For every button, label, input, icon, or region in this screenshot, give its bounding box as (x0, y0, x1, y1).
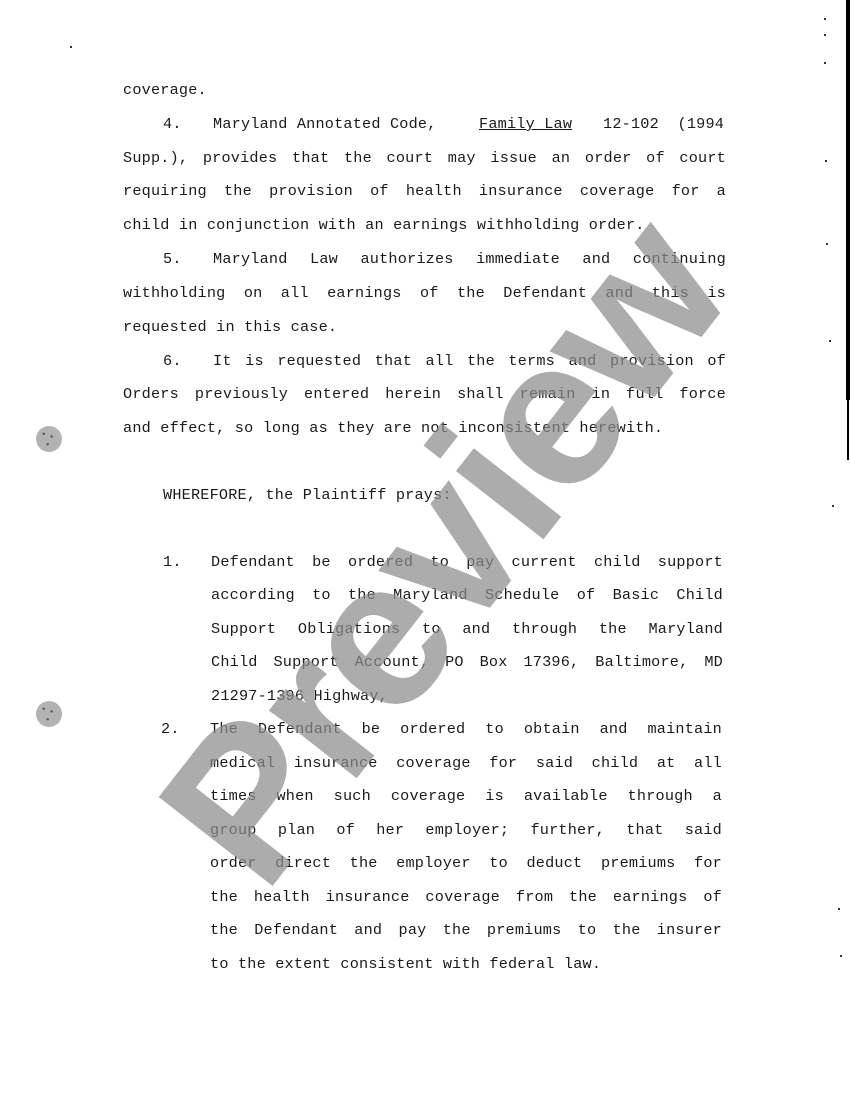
text-line: times when such coverage is available th… (210, 786, 722, 806)
text-line: withholding on all earnings of the Defen… (123, 283, 726, 303)
text-line: It is requested that all the terms and p… (213, 351, 726, 371)
text-line: Support Obligations to and through the M… (211, 619, 723, 639)
punch-hole-mark (36, 426, 62, 452)
text-line: Maryland Annotated Code, (213, 114, 437, 134)
text-line: requiring the provision of health insura… (123, 181, 726, 201)
text-line: and effect, so long as they are not inco… (123, 418, 663, 438)
document-page: coverage. 4. Maryland Annotated Code, Fa… (0, 0, 850, 1104)
text-line: coverage. (123, 80, 207, 100)
family-law-reference: Family Law (479, 114, 572, 134)
scan-edge-bar (846, 0, 850, 400)
paragraph-number: 5. (163, 249, 182, 269)
text-line: the health insurance coverage from the e… (210, 887, 722, 907)
scan-speck (832, 505, 834, 507)
prayer-number: 1. (163, 552, 182, 572)
text-line: child in conjunction with an earnings wi… (123, 215, 645, 235)
paragraph-number: 4. (163, 114, 182, 134)
paragraph-number: 6. (163, 351, 182, 371)
text-line: Orders previously entered herein shall r… (123, 384, 726, 404)
text-line: requested in this case. (123, 317, 337, 337)
scan-edge-bar-lower (847, 400, 849, 460)
text-line: according to the Maryland Schedule of Ba… (211, 585, 723, 605)
text-line: Defendant be ordered to pay current chil… (211, 552, 723, 572)
text-line: the Defendant and pay the premiums to th… (210, 920, 722, 940)
text-line: Supp.), provides that the court may issu… (123, 148, 726, 168)
text-line: group plan of her employer; further, tha… (210, 820, 722, 840)
scan-speck (824, 62, 826, 64)
wherefore-heading: WHEREFORE, the Plaintiff prays: (163, 485, 452, 505)
text-line: The Defendant be ordered to obtain and m… (210, 719, 722, 739)
scan-speck (825, 160, 827, 162)
text-line: order direct the employer to deduct prem… (210, 853, 722, 873)
scan-speck (838, 908, 840, 910)
scan-speck (70, 46, 72, 48)
text-line: 21297-1396 Highway, (211, 686, 388, 706)
scan-speck (826, 243, 828, 245)
scan-speck (824, 18, 826, 20)
punch-hole-mark (36, 701, 62, 727)
text-line: 12-102 (1994 (603, 114, 724, 134)
scan-speck (840, 955, 842, 957)
scan-speck (824, 34, 826, 36)
text-line: to the extent consistent with federal la… (210, 954, 601, 974)
text-line: Child Support Account, PO Box 17396, Bal… (211, 652, 723, 672)
text-line: medical insurance coverage for said chil… (210, 753, 722, 773)
text-line: Maryland Law authorizes immediate and co… (213, 249, 726, 269)
prayer-number: 2. (161, 719, 180, 739)
scan-speck (829, 340, 831, 342)
